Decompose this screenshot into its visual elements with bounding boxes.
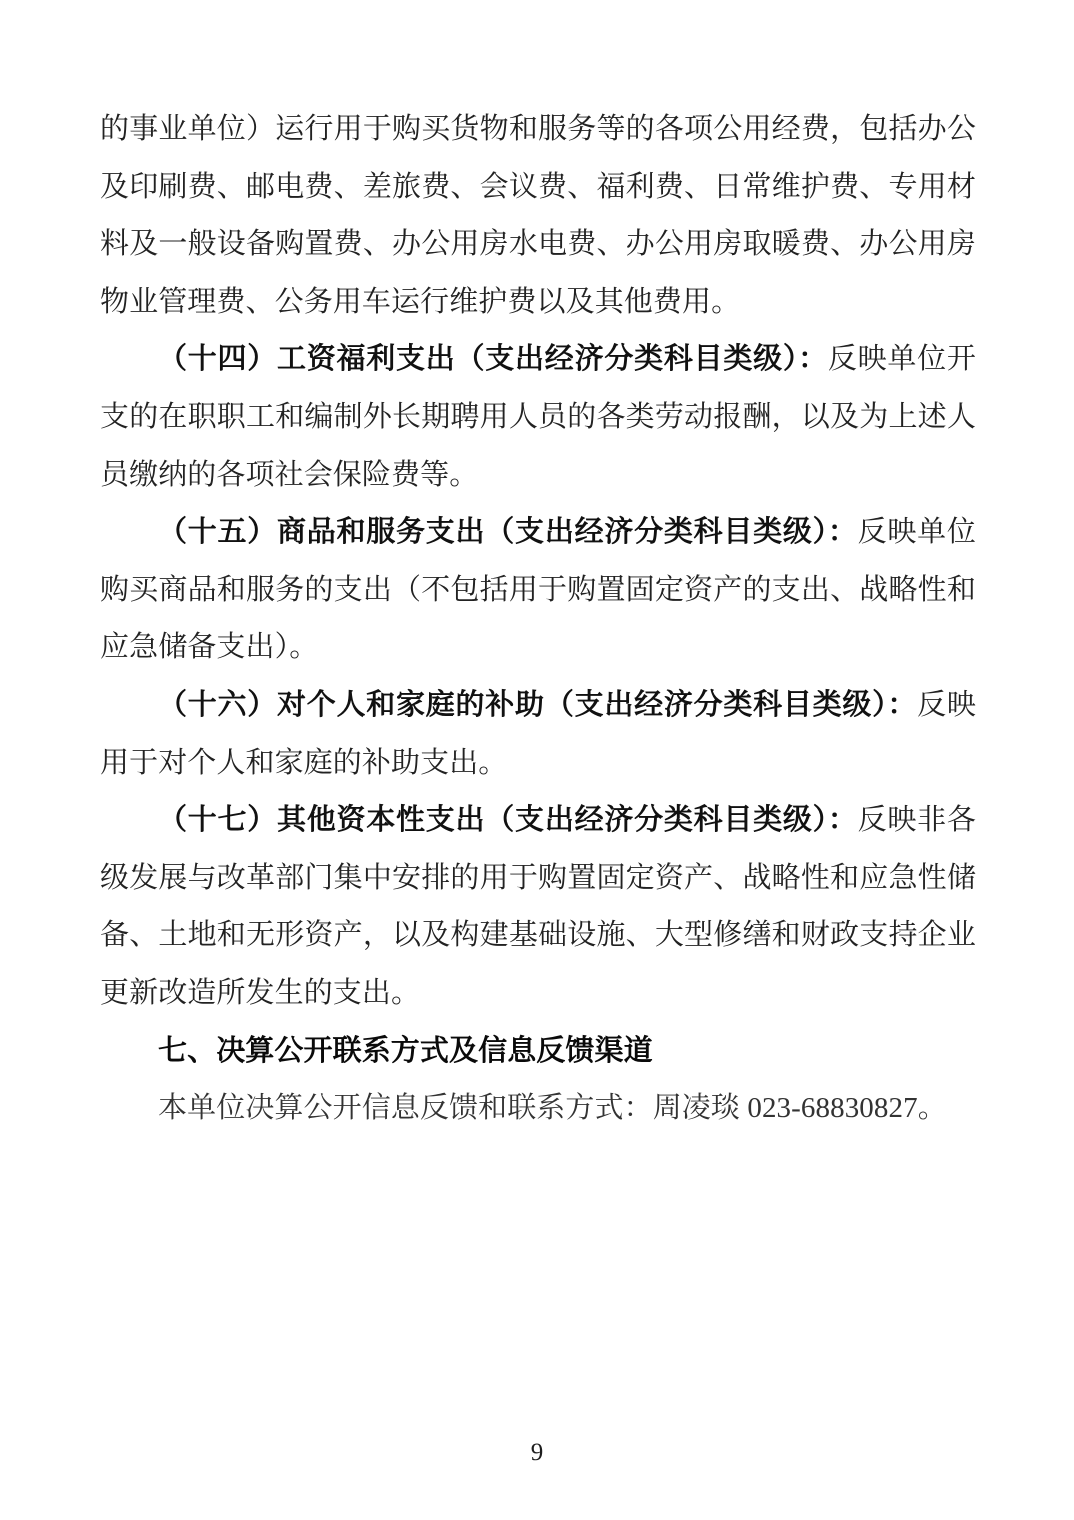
paragraph-item-15: （十五）商品和服务支出（支出经济分类科目类级）：反映单位购买商品和服务的支出（不… <box>100 504 976 677</box>
paragraph-item-17: （十七）其他资本性支出（支出经济分类科目类级）：反映非各级发展与改革部门集中安排… <box>100 792 976 1022</box>
paragraph-text: 的事业单位）运行用于购买货物和服务等的各项公用经费，包括办公及印刷费、邮电费、差… <box>100 113 976 318</box>
paragraph-continuation: 的事业单位）运行用于购买货物和服务等的各项公用经费，包括办公及印刷费、邮电费、差… <box>100 101 976 331</box>
document-page: 的事业单位）运行用于购买货物和服务等的各项公用经费，包括办公及印刷费、邮电费、差… <box>0 0 1074 1520</box>
page-number: 9 <box>0 1438 1074 1468</box>
document-body: 的事业单位）运行用于购买货物和服务等的各项公用经费，包括办公及印刷费、邮电费、差… <box>100 101 976 1138</box>
paragraph-lead: （十七）其他资本性支出（支出经济分类科目类级）： <box>158 804 858 836</box>
paragraph-lead: （十五）商品和服务支出（支出经济分类科目类级）： <box>158 516 858 548</box>
paragraph-item-16: （十六）对个人和家庭的补助（支出经济分类科目类级）：反映用于对个人和家庭的补助支… <box>100 677 976 792</box>
section-heading: 七、决算公开联系方式及信息反馈渠道 <box>100 1023 976 1081</box>
contact-line: 本单位决算公开信息反馈和联系方式：周凌琰 023-68830827。 <box>100 1080 976 1138</box>
paragraph-lead: （十四）工资福利支出（支出经济分类科目类级）： <box>158 343 828 375</box>
paragraph-item-14: （十四）工资福利支出（支出经济分类科目类级）：反映单位开支的在职职工和编制外长期… <box>100 331 976 504</box>
paragraph-lead: （十六）对个人和家庭的补助（支出经济分类科目类级）： <box>158 689 917 721</box>
